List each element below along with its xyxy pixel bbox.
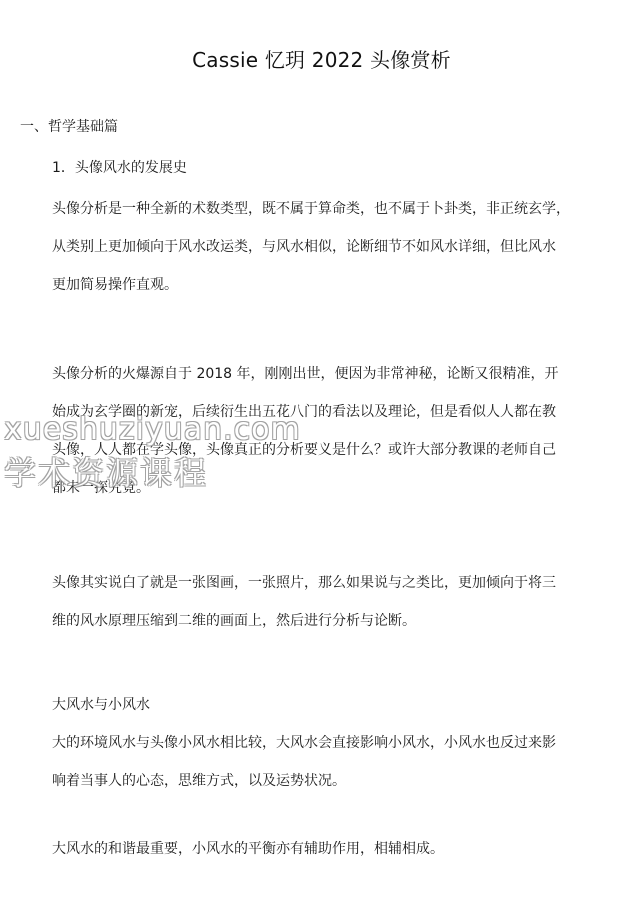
text-line: 从类别上更加倾向于风水改运类，与风水相似，论断细节不如风水详细，但比风水 (52, 228, 592, 266)
text-line: 头像，人人都在学头像，头像真正的分析要义是什么？或许大部分教课的老师自己 (52, 431, 592, 469)
text-line: 更加简易操作直观。 (52, 266, 592, 304)
text-line: 都未一探究竟。 (52, 469, 592, 507)
text-line: 大风水与小风水 (52, 686, 592, 724)
text-line: 大的环境风水与头像小风水相比较，大风水会直接影响小风水，小风水也反过来影 (52, 724, 592, 762)
subheading-big-small-fengshui: 大风水与小风水 (52, 686, 592, 724)
text-line: 头像其实说白了就是一张图画，一张照片，那么如果说与之类比，更加倾向于将三 (52, 564, 592, 602)
text-line: 始成为玄学圈的新宠，后续衍生出五花八门的看法以及理论，但是看似人人都在教 (52, 393, 592, 431)
paragraph-harmony: 大风水的和谐最重要，小风水的平衡亦有辅助作用，相辅相成。 (52, 830, 592, 868)
paragraph-definition: 头像其实说白了就是一张图画，一张照片，那么如果说与之类比，更加倾向于将三 维的风… (52, 564, 592, 640)
paragraph-history: 头像分析的火爆源自于 2018 年，刚刚出世，便因为非常神秘，论断又很精准，开 … (52, 355, 592, 507)
text-line: 维的风水原理压缩到二维的画面上，然后进行分析与论断。 (52, 602, 592, 640)
subsection-heading: 1．头像风水的发展史 (52, 157, 187, 177)
text-line: 响着当事人的心态，思维方式，以及运势状况。 (52, 762, 592, 800)
paragraph-comparison: 大的环境风水与头像小风水相比较，大风水会直接影响小风水，小风水也反过来影 响着当… (52, 724, 592, 800)
paragraph-intro: 头像分析是一种全新的术数类型，既不属于算命类，也不属于卜卦类，非正统玄学， 从类… (52, 190, 592, 304)
text-line: 大风水的和谐最重要，小风水的平衡亦有辅助作用，相辅相成。 (52, 830, 592, 868)
text-line: 头像分析的火爆源自于 2018 年，刚刚出世，便因为非常神秘，论断又很精准，开 (52, 355, 592, 393)
text-line: 头像分析是一种全新的术数类型，既不属于算命类，也不属于卜卦类，非正统玄学， (52, 190, 592, 228)
document-title: Cassie 忆玥 2022 头像赏析 (0, 44, 643, 73)
section-heading: 一、哲学基础篇 (20, 116, 118, 136)
